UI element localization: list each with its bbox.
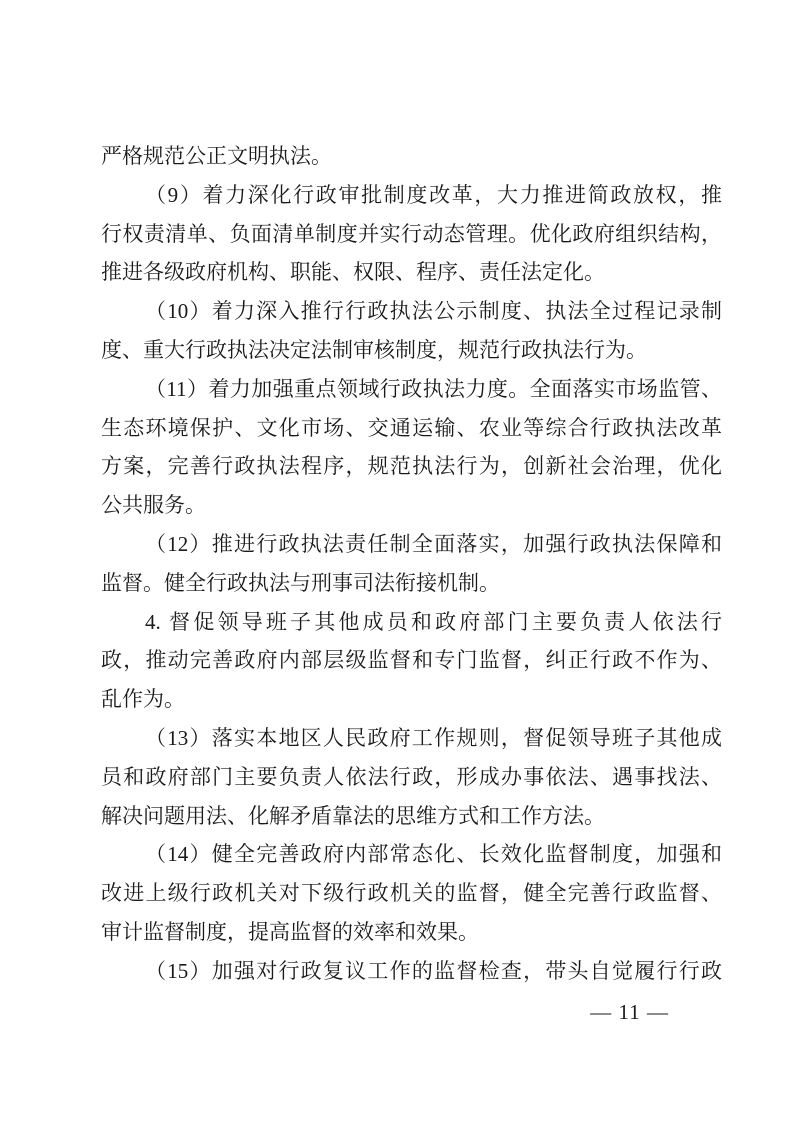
text-line: 方案，完善行政执法程序，规范执法行为，创新社会治理，优化 bbox=[101, 447, 722, 486]
text-line: 4. 督促领导班子其他成员和政府部门主要负责人依法行 bbox=[101, 603, 722, 642]
text-line: 乱作为。 bbox=[101, 680, 722, 719]
text-line: 公共服务。 bbox=[101, 486, 722, 525]
text-line: 政，推动完善政府内部层级监督和专门监督，纠正行政不作为、 bbox=[101, 641, 722, 680]
paragraph: （10）着力深入推行行政执法公示制度、执法全过程记录制度、重大行政执法决定法制审… bbox=[101, 292, 722, 370]
text-line: （9）着力深化行政审批制度改革，大力推进简政放权，推 bbox=[101, 176, 722, 215]
paragraph: （13）落实本地区人民政府工作规则，督促领导班子其他成员和政府部门主要负责人依法… bbox=[101, 719, 722, 835]
text-line: （12）推进行政执法责任制全面落实，加强行政执法保障和 bbox=[101, 525, 722, 564]
text-line: （10）着力深入推行行政执法公示制度、执法全过程记录制 bbox=[101, 292, 722, 331]
text-line: （11）着力加强重点领域行政执法力度。全面落实市场监管、 bbox=[101, 370, 722, 409]
text-line: 推进各级政府机构、职能、权限、程序、责任法定化。 bbox=[101, 253, 722, 292]
text-line: 员和政府部门主要负责人依法行政，形成办事依法、遇事找法、 bbox=[101, 758, 722, 797]
document-page: 严格规范公正文明执法。（9）着力深化行政审批制度改革，大力推进简政放权，推行权责… bbox=[0, 0, 793, 1122]
text-line: 审计监督制度，提高监督的效率和效果。 bbox=[101, 913, 722, 952]
text-line: 监督。健全行政执法与刑事司法衔接机制。 bbox=[101, 564, 722, 603]
text-line: 严格规范公正文明执法。 bbox=[101, 137, 722, 176]
paragraph: （14）健全完善政府内部常态化、长效化监督制度，加强和改进上级行政机关对下级行政… bbox=[101, 835, 722, 951]
paragraph: （12）推进行政执法责任制全面落实，加强行政执法保障和监督。健全行政执法与刑事司… bbox=[101, 525, 722, 603]
text-line: 改进上级行政机关对下级行政机关的监督，健全完善行政监督、 bbox=[101, 874, 722, 913]
text-line: （15）加强对行政复议工作的监督检查，带头自觉履行行政 bbox=[101, 952, 722, 991]
text-line: （14）健全完善政府内部常态化、长效化监督制度，加强和 bbox=[101, 835, 722, 874]
text-line: （13）落实本地区人民政府工作规则，督促领导班子其他成 bbox=[101, 719, 722, 758]
text-line: 生态环境保护、文化市场、交通运输、农业等综合行政执法改革 bbox=[101, 409, 722, 448]
text-line: 行权责清单、负面清单制度并实行动态管理。优化政府组织结构， bbox=[101, 215, 722, 254]
paragraph: 严格规范公正文明执法。 bbox=[101, 137, 722, 176]
text-line: 解决问题用法、化解矛盾靠法的思维方式和工作方法。 bbox=[101, 797, 722, 836]
paragraph: （9）着力深化行政审批制度改革，大力推进简政放权，推行权责清单、负面清单制度并实… bbox=[101, 176, 722, 292]
document-body: 严格规范公正文明执法。（9）着力深化行政审批制度改革，大力推进简政放权，推行权责… bbox=[101, 137, 722, 991]
page-number: — 11 — bbox=[590, 997, 669, 1027]
paragraph: 4. 督促领导班子其他成员和政府部门主要负责人依法行政，推动完善政府内部层级监督… bbox=[101, 603, 722, 719]
paragraph: （15）加强对行政复议工作的监督检查，带头自觉履行行政 bbox=[101, 952, 722, 991]
text-line: 度、重大行政执法决定法制审核制度，规范行政执法行为。 bbox=[101, 331, 722, 370]
paragraph: （11）着力加强重点领域行政执法力度。全面落实市场监管、生态环境保护、文化市场、… bbox=[101, 370, 722, 525]
